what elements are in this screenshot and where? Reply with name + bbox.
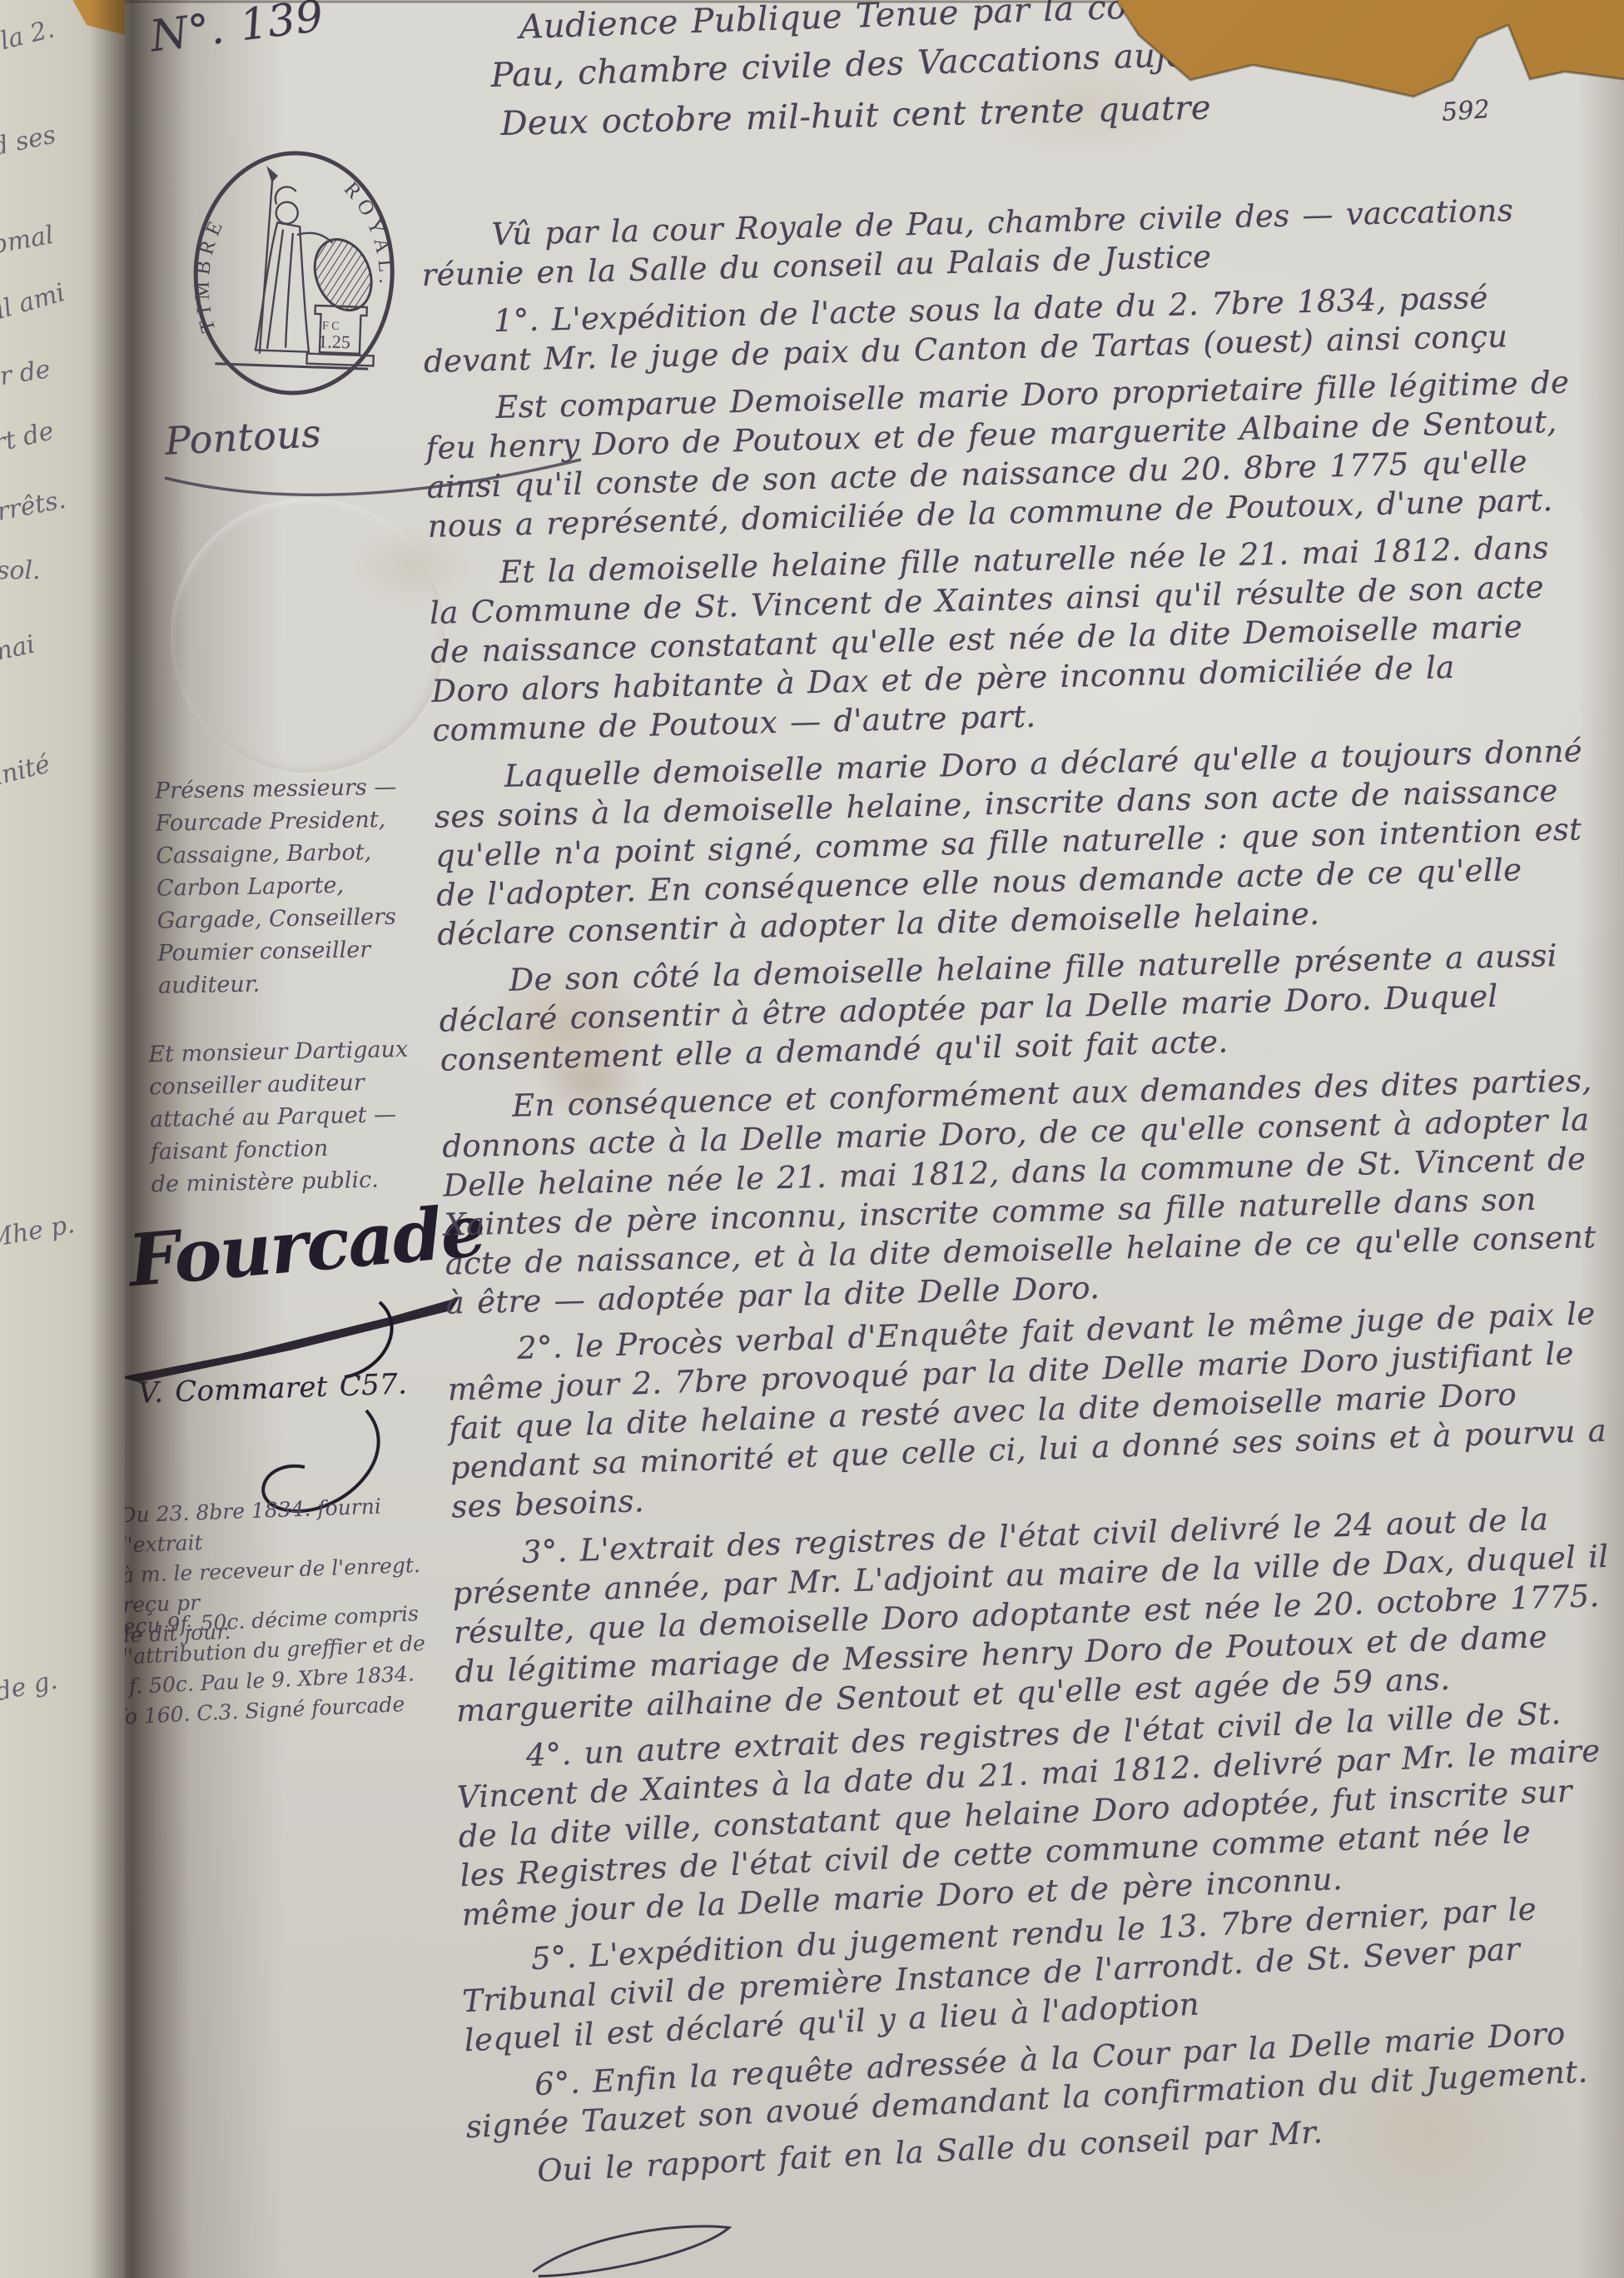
document-page: N°. 139 Audience Publique Tenue par la c… (0, 0, 1624, 2278)
margin-note-magistrates: Présens messieurs — Fourcade President, … (155, 770, 425, 1002)
previous-page-text-fragment: Mhe p. (0, 1210, 77, 1254)
body-paragraph-acte: En conséquence et conformément aux deman… (441, 1061, 1603, 1323)
body-paragraph-item-2: 2°. le Procès verbal d'Enquête fait deva… (446, 1294, 1609, 1527)
previous-page-text-fragment: de g. (0, 1666, 60, 1708)
previous-page-text-fragment: rt de (0, 416, 57, 458)
body-paragraph-helaine: Et la demoiselle helaine fille naturelle… (429, 527, 1590, 750)
blind-embossed-stamp (171, 498, 445, 773)
body-paragraph-item-1: 1°. L'expédition de l'acte sous la date … (422, 276, 1581, 381)
timbre-royal-stamp-art: TIMBRE ROYAL. (181, 143, 408, 410)
previous-page-text-fragment: er de (0, 355, 52, 394)
stamp-denomination: 1.25 (318, 331, 350, 352)
torn-edge-line (0, 0, 1624, 108)
previous-page-text-fragment: orrêts. (0, 485, 68, 530)
body-paragraph-comparution: Est comparue Demoiselle marie Doro propr… (425, 362, 1585, 546)
body-paragraph-consentement: De son côté la demoiselle helaine fille … (438, 935, 1597, 1080)
body-paragraph-declaration: Laquelle demoiselle marie Doro a déclaré… (433, 731, 1594, 954)
previous-page-text-fragment: sol. (0, 556, 41, 585)
previous-page-text-fragment: d ses (0, 120, 58, 162)
act-body-text: Vû par la cour Royale de Pau, chambre ci… (420, 189, 1624, 2202)
previous-page-text-fragment: ibmal (0, 221, 56, 261)
timbre-royal-stamp: TIMBRE ROYAL. (181, 143, 408, 414)
previous-page-text-fragment: il ami (0, 278, 68, 326)
previous-page-text-fragment: mai (0, 630, 37, 669)
body-paragraph-item-3: 3°. L'extrait des registres de l'état ci… (450, 1498, 1613, 1731)
manuscript-photo: y la 2. d ses ibmal il ami er de rt de o… (0, 0, 1624, 2278)
body-paragraph-preamble: Vû par la cour Royale de Pau, chambre ci… (420, 189, 1579, 295)
binding-gutter-shadow (90, 0, 190, 2278)
closing-flourish (521, 2214, 742, 2278)
previous-page-text-fragment: inité (0, 749, 53, 791)
